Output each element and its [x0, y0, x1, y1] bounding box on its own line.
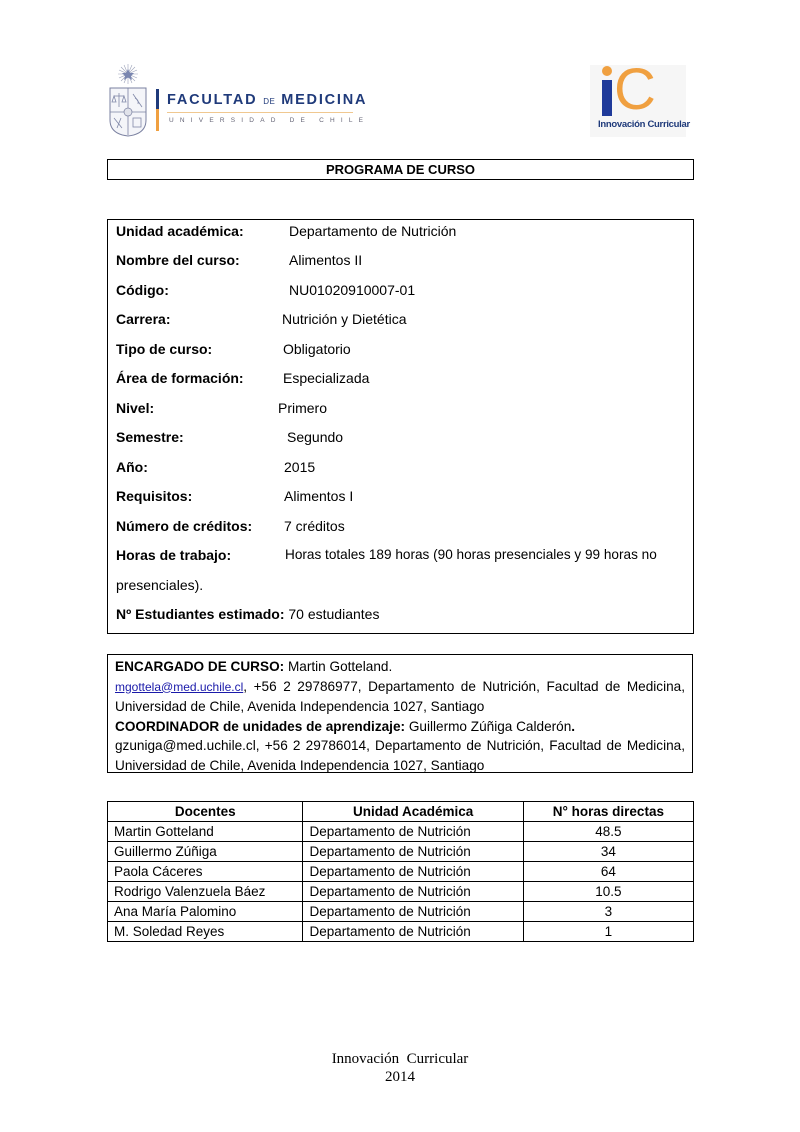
- unidad-cell: Departamento de Nutrición: [303, 862, 523, 882]
- table-row: Ana María PalominoDepartamento de Nutric…: [108, 902, 694, 922]
- faculty-of-medicine-logo: FACULTAD DE MEDICINA UNIVERSIDAD DE CHIL…: [107, 62, 357, 138]
- info-row-semestre: Semestre: Segundo: [116, 429, 184, 445]
- ic-logo-dot: [602, 66, 612, 76]
- page-title: PROGRAMA DE CURSO: [107, 159, 694, 180]
- course-contacts: ENCARGADO DE CURSO: Martin Gotteland. mg…: [107, 654, 693, 773]
- coordinador-details: gzuniga@med.uchile.cl, +56 2 29786014, D…: [115, 736, 685, 775]
- horas-cell: 1: [523, 922, 693, 942]
- docente-name-cell: Paola Cáceres: [108, 862, 303, 882]
- faculty-name: FACULTAD DE MEDICINA: [167, 92, 367, 108]
- table-row: Martin GottelandDepartamento de Nutrició…: [108, 822, 694, 842]
- footer-line-1: Innovación Curricular: [0, 1050, 800, 1068]
- logo-accent-bar: [156, 89, 159, 131]
- university-name: UNIVERSIDAD DE CHILE: [169, 117, 369, 124]
- column-header-horas: N° horas directas: [523, 802, 693, 822]
- table-header-row: Docentes Unidad Académica N° horas direc…: [108, 802, 694, 822]
- info-row-creditos: Número de créditos: 7 créditos: [116, 518, 252, 534]
- encargado-email-link[interactable]: mgottela@med.uchile.cl: [115, 680, 243, 694]
- docente-name-cell: Guillermo Zúñiga: [108, 842, 303, 862]
- info-row-area-formacion: Área de formación: Especializada: [116, 370, 244, 386]
- info-row-nivel: Nivel: Primero: [116, 400, 154, 416]
- table-row: Paola CáceresDepartamento de Nutrición64: [108, 862, 694, 882]
- info-row-ano: Año: 2015: [116, 459, 148, 475]
- encargado-block: ENCARGADO DE CURSO: Martin Gotteland.: [115, 657, 685, 677]
- ic-logo-letter: C: [614, 61, 656, 119]
- unidad-cell: Departamento de Nutrición: [303, 822, 523, 842]
- unidad-cell: Departamento de Nutrición: [303, 882, 523, 902]
- info-row-unidad-academica: Unidad académica: Departamento de Nutric…: [116, 223, 244, 239]
- encargado-label: ENCARGADO DE CURSO:: [115, 659, 284, 674]
- column-header-docentes: Docentes: [108, 802, 303, 822]
- course-info-box: Unidad académica: Departamento de Nutric…: [107, 219, 694, 634]
- info-row-nombre-curso: Nombre del curso: Alimentos II: [116, 252, 240, 268]
- docente-name-cell: Ana María Palomino: [108, 902, 303, 922]
- unidad-cell: Departamento de Nutrición: [303, 922, 523, 942]
- footer-line-2: 2014: [0, 1068, 800, 1086]
- table-row: M. Soledad ReyesDepartamento de Nutrició…: [108, 922, 694, 942]
- docente-name-cell: Martin Gotteland: [108, 822, 303, 842]
- info-row-codigo: Código: NU01020910007-01: [116, 282, 169, 298]
- horas-cell: 34: [523, 842, 693, 862]
- table-row: Rodrigo Valenzuela BáezDepartamento de N…: [108, 882, 694, 902]
- horas-cell: 10.5: [523, 882, 693, 902]
- info-row-requisitos: Requisitos: Alimentos I: [116, 488, 192, 504]
- ic-logo-stem: [602, 80, 612, 116]
- horas-cell: 64: [523, 862, 693, 882]
- coordinador-name: Guillermo Zúñiga Calderón: [405, 719, 571, 734]
- info-row-estudiantes: Nº Estudiantes estimado: 70 estudiantes: [116, 606, 379, 622]
- docente-name-cell: Rodrigo Valenzuela Báez: [108, 882, 303, 902]
- horas-cell: 3: [523, 902, 693, 922]
- info-row-horas-trabajo: Horas de trabajo: Horas totales 189 hora…: [116, 547, 231, 563]
- docentes-table: Docentes Unidad Académica N° horas direc…: [107, 801, 694, 942]
- innovacion-curricular-logo: C Innovación Curricular: [590, 65, 686, 137]
- logo-divider: [167, 112, 353, 113]
- encargado-details: mgottela@med.uchile.cl, +56 2 29786977, …: [115, 677, 685, 717]
- horas-cell: 48.5: [523, 822, 693, 842]
- info-row-carrera: Carrera: Nutrición y Dietética: [116, 311, 170, 327]
- table-row: Guillermo ZúñigaDepartamento de Nutrició…: [108, 842, 694, 862]
- docente-name-cell: M. Soledad Reyes: [108, 922, 303, 942]
- info-row-tipo-curso: Tipo de curso: Obligatorio: [116, 341, 212, 357]
- encargado-name: Martin Gotteland.: [284, 659, 392, 674]
- ic-logo-label: Innovación Curricular: [598, 119, 690, 130]
- page-footer: Innovación Curricular 2014: [0, 1050, 800, 1086]
- unidad-cell: Departamento de Nutrición: [303, 842, 523, 862]
- info-row-horas-trabajo-continuation: presenciales).: [116, 577, 203, 593]
- unidad-cell: Departamento de Nutrición: [303, 902, 523, 922]
- coordinador-label: COORDINADOR de unidades de aprendizaje:: [115, 719, 405, 734]
- coordinador-block: COORDINADOR de unidades de aprendizaje: …: [115, 717, 685, 737]
- university-crest-icon: [107, 62, 149, 138]
- column-header-unidad: Unidad Académica: [303, 802, 523, 822]
